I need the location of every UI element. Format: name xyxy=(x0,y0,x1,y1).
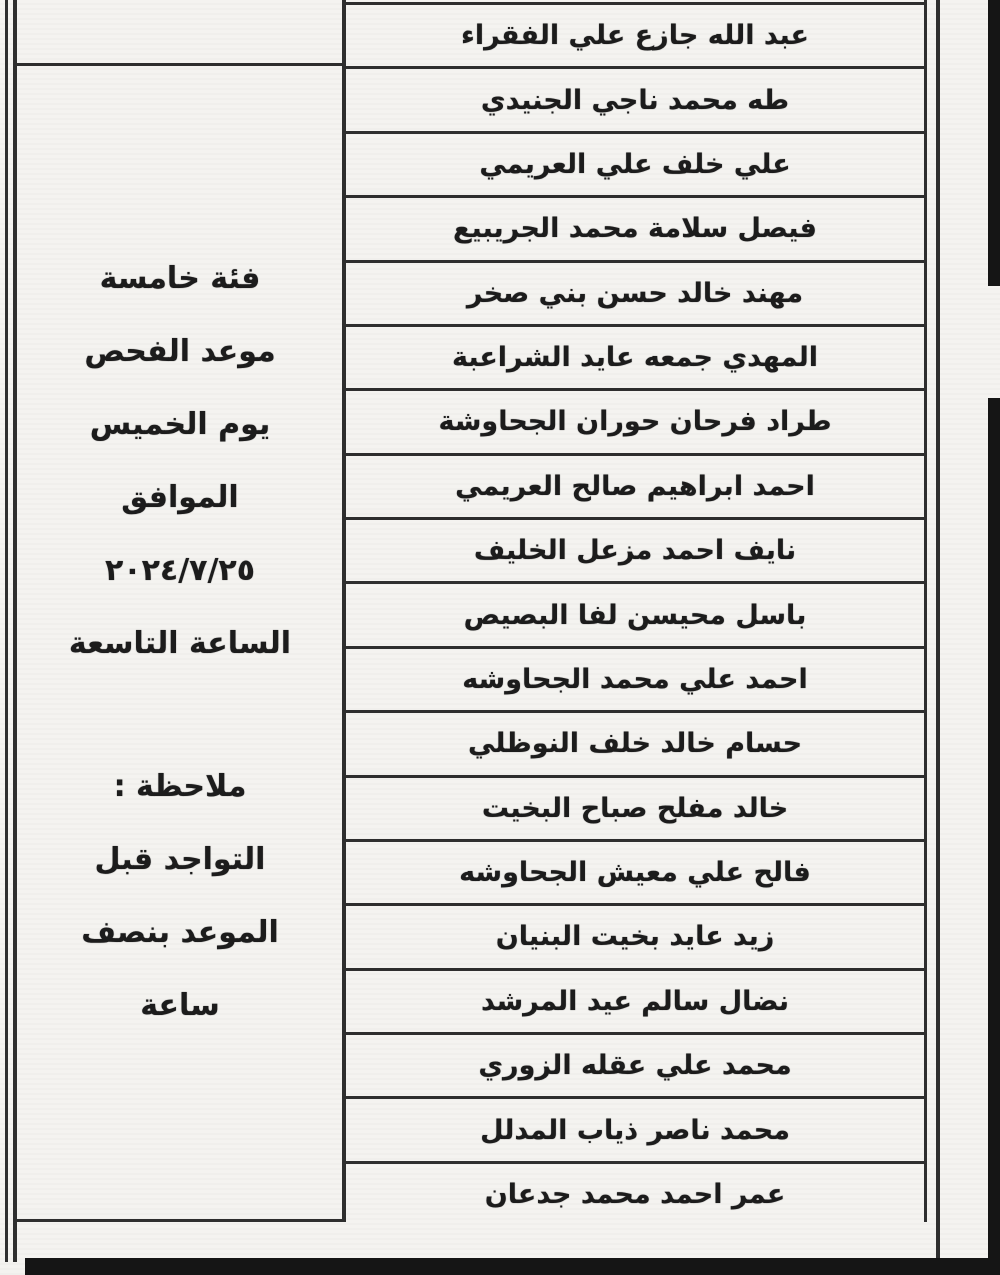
table-row: حسام خالد خلف النوظلي xyxy=(346,713,924,777)
table-row: محمد علي عقله الزوري xyxy=(346,1035,924,1099)
table-row: طراد فرحان حوران الجحاوشة xyxy=(346,391,924,455)
schedule-note-cell: فئة خامسة موعد الفحص يوم الخميس الموافق … xyxy=(20,64,340,1219)
candidate-name: زيد عايد بخيت البنيان xyxy=(496,921,775,952)
note-block: ملاحظة : التواجد قبل الموعد بنصف ساعة xyxy=(20,750,340,1042)
table-bottom-border xyxy=(17,1219,346,1222)
table-row: احمد ابراهيم صالح العريمي xyxy=(346,456,924,520)
note-title: ملاحظة : xyxy=(20,750,340,823)
candidate-name: عمر احمد محمد جدعان xyxy=(485,1179,786,1210)
exam-date-value: ٢٠٢٤/٧/٢٥ xyxy=(20,534,340,607)
candidate-name: عبد الله جازع علي الفقراء xyxy=(461,20,809,51)
candidate-name: محمد ناصر ذياب المدلل xyxy=(480,1115,790,1146)
candidate-name: محمد علي عقله الزوري xyxy=(478,1050,791,1081)
candidate-name: باسل محيسن لفا البصيص xyxy=(464,600,807,631)
scan-edge-bar-top-right xyxy=(988,0,1000,286)
candidate-name: طراد فرحان حوران الجحاوشة xyxy=(438,406,831,437)
scan-edge-bar-bottom-right xyxy=(988,398,1000,1275)
candidate-name: فالح علي معيش الجحاوشه xyxy=(459,857,811,888)
names-column-right-border xyxy=(924,0,927,1222)
candidate-name: احمد علي محمد الجحاوشه xyxy=(462,664,807,695)
candidate-name: نايف احمد مزعل الخليف xyxy=(474,535,796,566)
note-line: ساعة xyxy=(20,969,340,1042)
table-outer-left-border-a xyxy=(5,0,8,1262)
candidate-name: مهند خالد حسن بني صخر xyxy=(467,278,803,309)
corresponding-label: الموافق xyxy=(20,461,340,534)
table-row: احمد علي محمد الجحاوشه xyxy=(346,649,924,713)
candidate-name: المهدي جمعه عايد الشراعبة xyxy=(452,342,818,373)
table-row: المهدي جمعه عايد الشراعبة xyxy=(346,327,924,391)
candidate-name: علي خلف علي العريمي xyxy=(479,149,790,180)
table-row: محمد ناصر ذياب المدلل xyxy=(346,1099,924,1163)
candidate-name: حسام خالد خلف النوظلي xyxy=(468,728,802,759)
table-row: نضال سالم عيد المرشد xyxy=(346,971,924,1035)
exam-date-label: موعد الفحص xyxy=(20,315,340,388)
candidate-name: احمد ابراهيم صالح العريمي xyxy=(455,471,815,502)
table-row: باسل محيسن لفا البصيص xyxy=(346,584,924,648)
exam-time-label: الساعة التاسعة xyxy=(20,607,340,680)
table-outer-left-border-b xyxy=(13,0,17,1262)
candidate-name: خالد مفلح صباح البخيت xyxy=(482,793,788,824)
table-row: علي خلف علي العريمي xyxy=(346,134,924,198)
table-row: فيصل سلامة محمد الجريبيع xyxy=(346,198,924,262)
table-row: نايف احمد مزعل الخليف xyxy=(346,520,924,584)
scanned-document: عبد الله جازع علي الفقراء طه محمد ناجي ا… xyxy=(0,0,1000,1275)
table-row: خالد مفلح صباح البخيت xyxy=(346,778,924,842)
candidate-name: نضال سالم عيد المرشد xyxy=(481,986,789,1017)
note-line: التواجد قبل xyxy=(20,823,340,896)
table-outer-right-border xyxy=(936,0,940,1262)
table-row: طه محمد ناجي الجنيدي xyxy=(346,69,924,133)
table-row: فالح علي معيش الجحاوشه xyxy=(346,842,924,906)
exam-schedule-block: فئة خامسة موعد الفحص يوم الخميس الموافق … xyxy=(20,242,340,680)
table-row: مهند خالد حسن بني صخر xyxy=(346,263,924,327)
candidate-name: فيصل سلامة محمد الجريبيع xyxy=(453,213,817,244)
table-row: عمر احمد محمد جدعان xyxy=(346,1164,924,1225)
scan-edge-bar-bottom xyxy=(25,1258,1000,1275)
table-row: عبد الله جازع علي الفقراء xyxy=(346,5,924,69)
exam-day-label: يوم الخميس xyxy=(20,388,340,461)
category-label: فئة خامسة xyxy=(20,242,340,315)
table-row: زيد عايد بخيت البنيان xyxy=(346,906,924,970)
candidate-name: طه محمد ناجي الجنيدي xyxy=(481,85,789,116)
note-line: الموعد بنصف xyxy=(20,896,340,969)
names-table: عبد الله جازع علي الفقراء طه محمد ناجي ا… xyxy=(346,2,924,1225)
